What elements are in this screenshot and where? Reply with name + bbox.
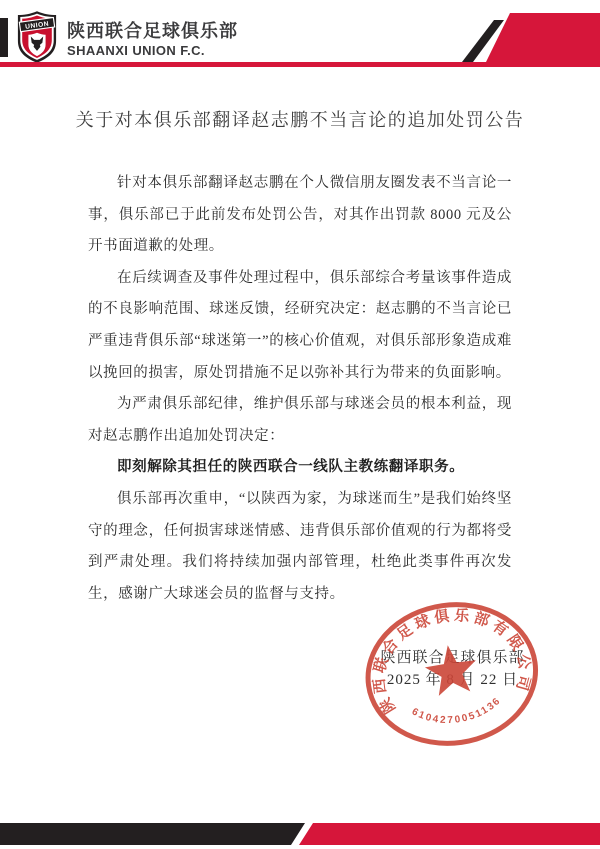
club-crest-icon: UNION (16, 10, 58, 64)
paragraph-2: 在后续调查及事件处理过程中，俱乐部综合考量该事件造成的不良影响范围、球迷反馈，经… (88, 263, 512, 389)
club-name-en: SHAANXI UNION F.C. (67, 42, 238, 60)
official-seal: 陕西联合足球俱乐部有限公司 6104270051136 (348, 586, 556, 766)
seal-number: 6104270051136 (409, 694, 506, 732)
paragraph-5: 俱乐部再次重申，“以陕西为家，为球迷而生”是我们始终坚守的理念，任何损害球迷情感… (88, 484, 512, 610)
footer-diagonal-bar (0, 823, 600, 845)
page-title: 关于对本俱乐部翻译赵志鹏不当言论的追加处罚公告 (0, 106, 600, 132)
header-left-notch (0, 18, 8, 57)
paragraph-3: 为严肃俱乐部纪律，维护俱乐部与球迷会员的根本利益，现对赵志鹏作出追加处罚决定： (88, 389, 512, 452)
paragraph-1: 针对本俱乐部翻译赵志鹏在个人微信朋友圈发表不当言论一事，俱乐部已于此前发布处罚公… (88, 168, 512, 263)
club-name-block: 陕西联合足球俱乐部 SHAANXI UNION F.C. (67, 20, 238, 60)
announcement-page: UNION 陕西联合足球俱乐部 SHAANXI UNION F.C. 关于对本俱… (0, 0, 600, 849)
header-diagonal-decoration (440, 0, 600, 67)
announcement-body: 针对本俱乐部翻译赵志鹏在个人微信朋友圈发表不当言论一事，俱乐部已于此前发布处罚公… (88, 168, 512, 610)
svg-text:6104270051136: 6104270051136 (409, 694, 506, 732)
seal-star-icon (422, 642, 480, 697)
header-rule (0, 62, 600, 67)
paragraph-decision: 即刻解除其担任的陕西联合一线队主教练翻译职务。 (88, 452, 512, 484)
club-name-zh: 陕西联合足球俱乐部 (67, 20, 238, 42)
